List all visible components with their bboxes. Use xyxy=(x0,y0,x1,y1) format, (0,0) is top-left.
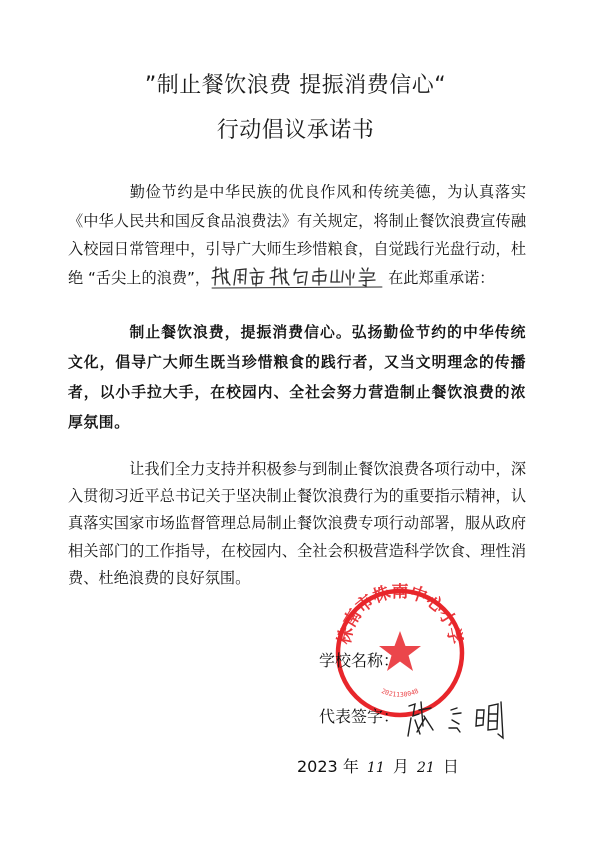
paragraph-intro: 勤俭节约是中华民族的优良作风和传统美德，为认真落实《中华人民共和国反食品浪费法》… xyxy=(68,178,526,292)
date-day-label: 日 xyxy=(443,754,459,777)
handwriting-icon xyxy=(210,265,388,291)
school-name-label: 学校名称： xyxy=(319,648,399,671)
date-year: 2023 xyxy=(297,757,338,776)
date-year-label: 年 xyxy=(343,754,359,777)
date-month: 11 xyxy=(367,760,385,776)
handwritten-signature xyxy=(405,696,515,750)
document-title-line2: 行动倡议承诺书 xyxy=(0,113,591,144)
date-month-label: 月 xyxy=(393,754,409,777)
handwritten-school-name xyxy=(210,267,388,289)
representative-signature-label: 代表签字： xyxy=(319,704,399,727)
commit-text: 在此郑重承诺： xyxy=(388,269,494,287)
paragraph-commitment: 制止餐饮浪费，提振消费信心。弘扬勤俭节约的中华传统文化，倡导广大师生既当珍惜粮食… xyxy=(68,318,526,438)
date-day: 21 xyxy=(417,760,435,776)
document-title-line1: ”制止餐饮浪费 提振消费信心“ xyxy=(0,68,591,99)
commitment-date: 2023 年 11 月 21 日 xyxy=(297,754,459,777)
call-to-action-text: 让我们全力支持并积极参与到制止餐饮浪费各项行动中，深入贯彻习近平总书记关于坚决制… xyxy=(68,460,526,587)
commitment-text: 制止餐饮浪费，提振消费信心。弘扬勤俭节约的中华传统文化，倡导广大师生既当珍惜粮食… xyxy=(68,324,526,431)
paragraph-call-to-action: 让我们全力支持并积极参与到制止餐饮浪费各项行动中，深入贯彻习近平总书记关于坚决制… xyxy=(68,456,526,592)
